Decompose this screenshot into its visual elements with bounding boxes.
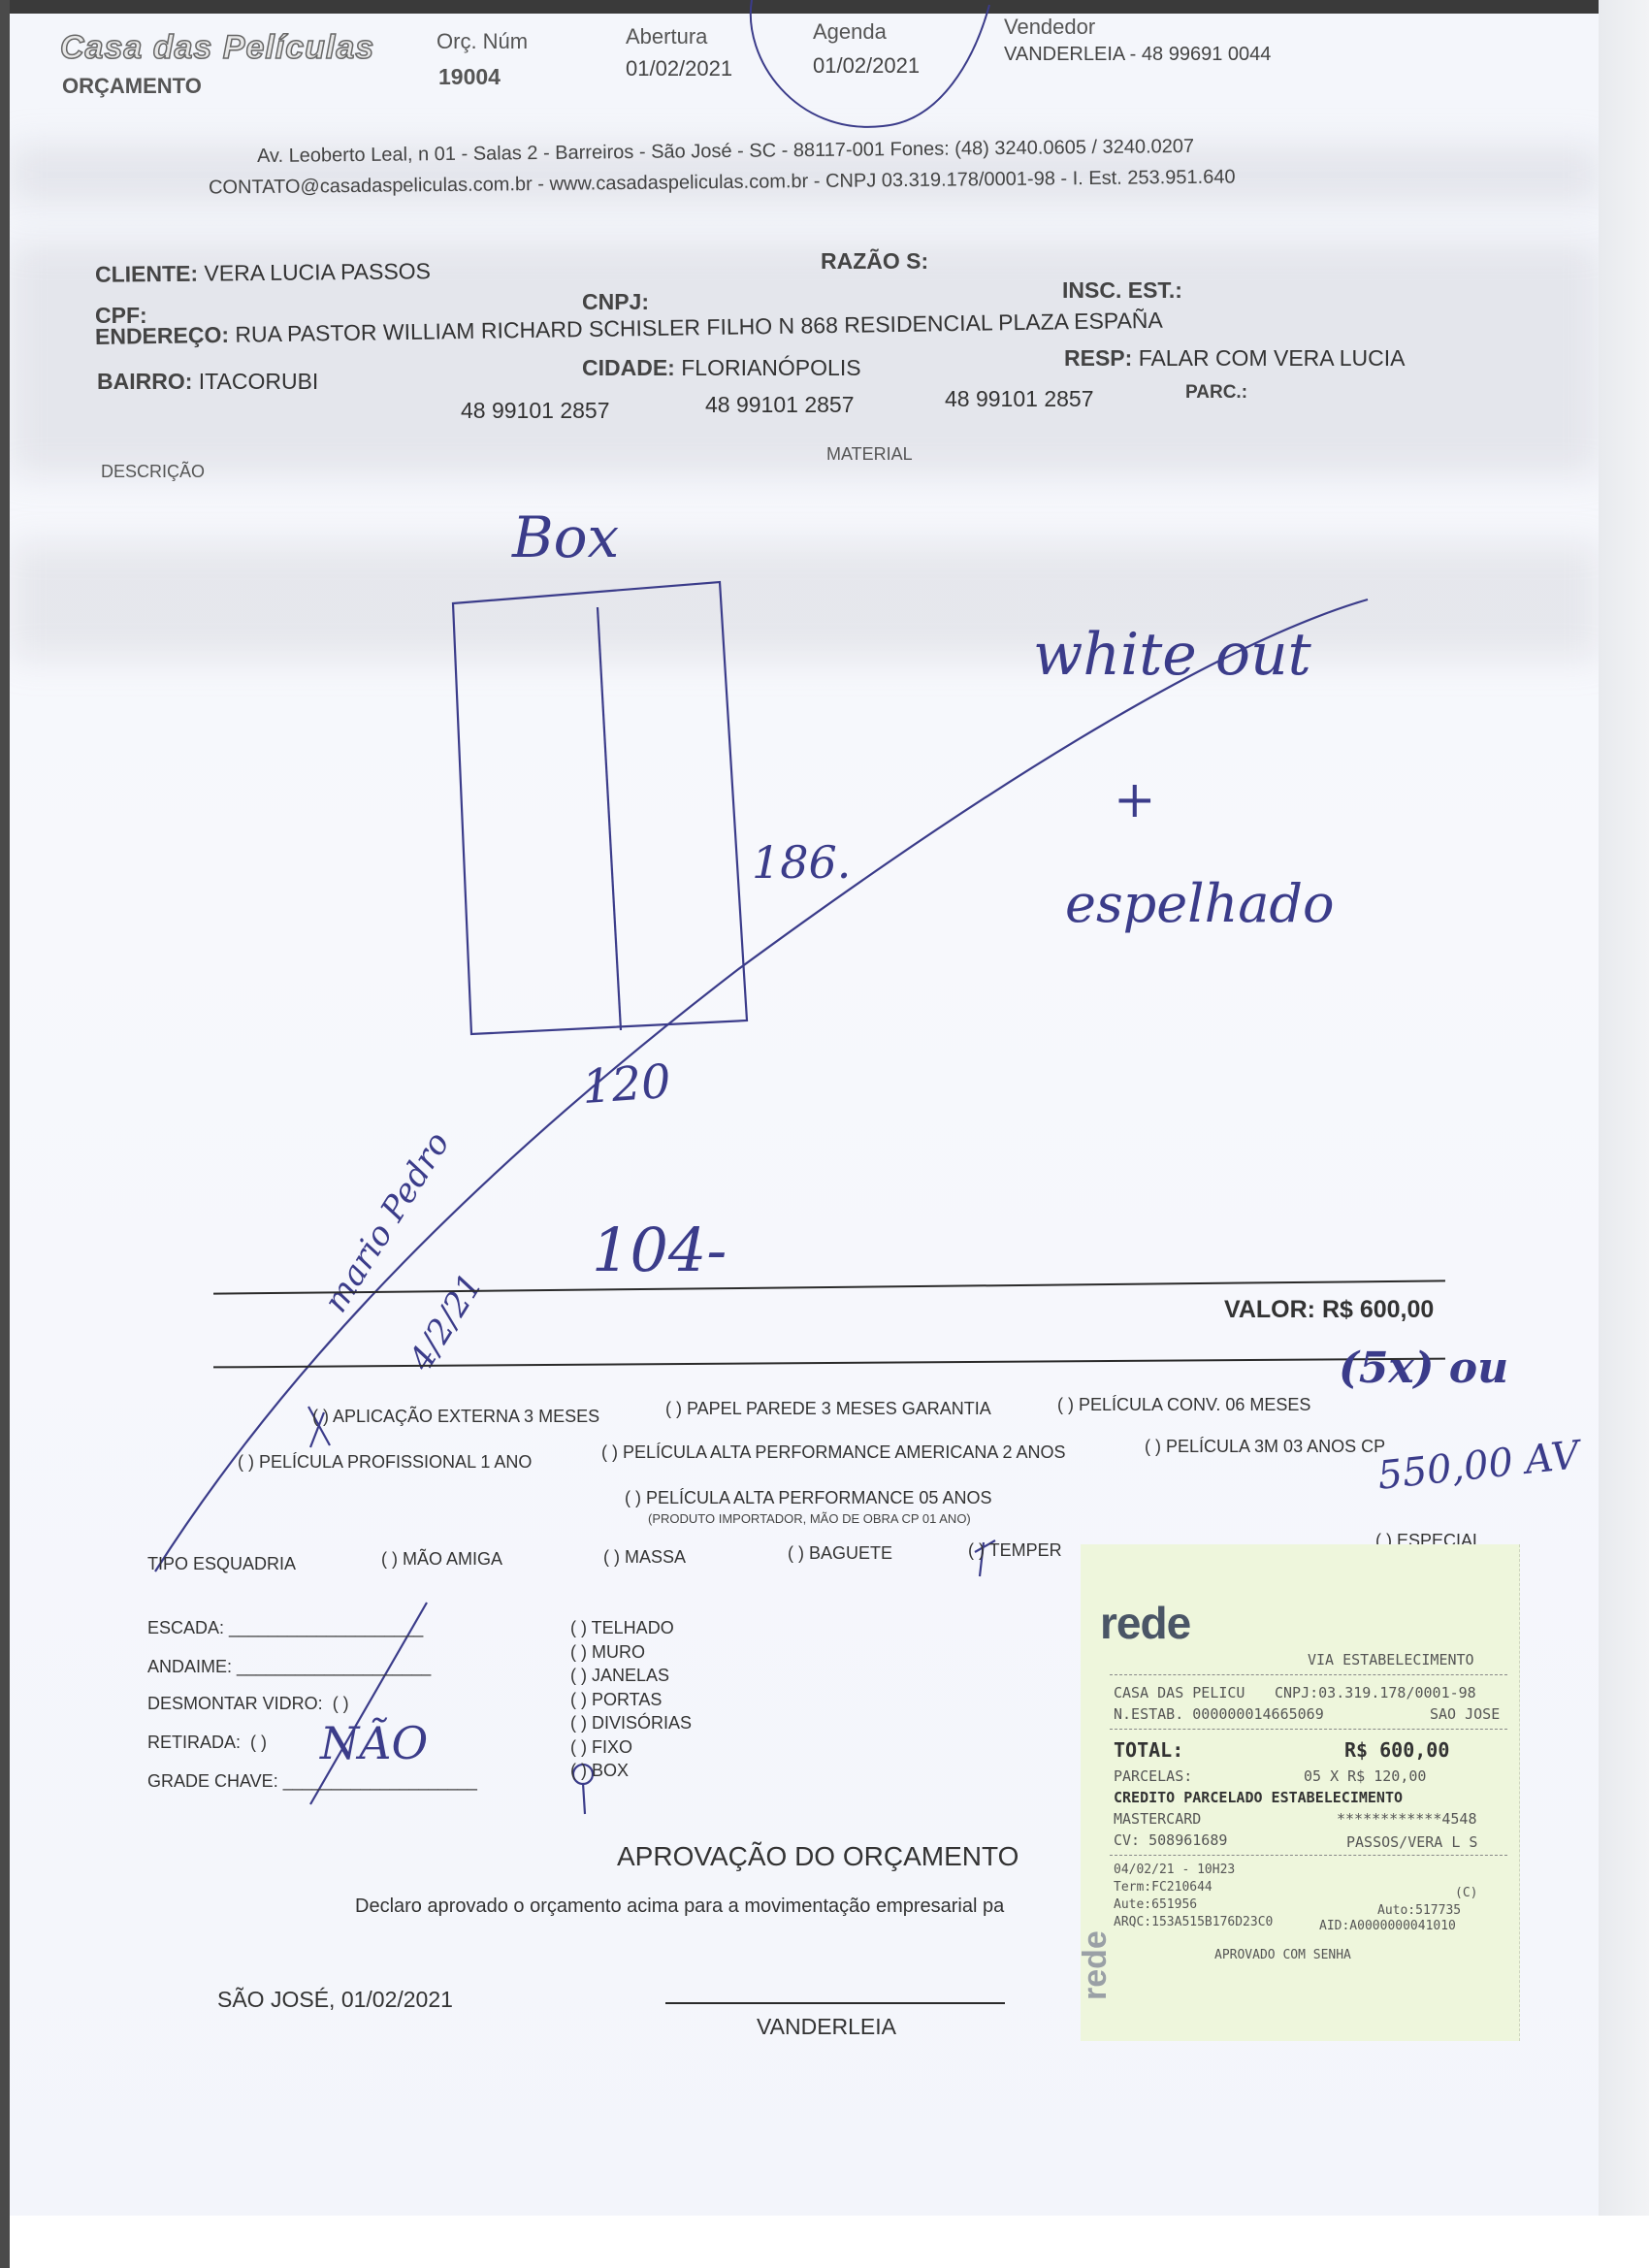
receipt-arqc: ARQC:153A515B176D23C0 [1114,1915,1273,1929]
option-papel-parede[interactable]: ( ) PAPEL PAREDE 3 MESES GARANTIA [665,1399,991,1419]
receipt-c-flag: (C) [1455,1886,1477,1900]
service-escada[interactable]: ESCADA: ____________________ [147,1618,423,1638]
esquadria-label: TIPO ESQUADRIA [147,1554,296,1574]
receipt-total-label: TOTAL: [1114,1738,1183,1762]
location-divisorias[interactable]: ( ) DIVISÓRIAS [570,1711,692,1735]
option-pelicula-profissional[interactable]: ( ) PELÍCULA PROFISSIONAL 1 ANO [238,1452,532,1473]
receipt-divider [1110,1674,1507,1675]
signature-line [665,2002,1005,2004]
rede-logo-vertical: rede [1077,1930,1115,2000]
receipt-merchant: CASA DAS PELICU [1114,1684,1245,1701]
receipt-cv: CV: 508961689 [1114,1831,1227,1849]
esquadria-temper[interactable]: ( ) TEMPER [968,1540,1062,1561]
service-desmontar[interactable]: DESMONTAR VIDRO: ( ) [147,1694,349,1714]
location-box[interactable]: ( ) BOX [570,1759,692,1783]
receipt-card: MASTERCARD [1114,1810,1201,1828]
handwritten-note-2: espelhado [1065,873,1335,934]
receipt-type: CREDITO PARCELADO ESTABELECIMENTO [1114,1789,1403,1806]
receipt-aute: Aute:651956 [1114,1897,1197,1912]
receipt-holder: PASSOS/VERA L S [1346,1833,1477,1851]
location-portas[interactable]: ( ) PORTAS [570,1688,692,1712]
receipt-estab: N.ESTAB. 000000014665069 [1114,1705,1324,1723]
receipt-auto: Auto:517735 [1377,1903,1461,1918]
option-pelicula-3m[interactable]: ( ) PELÍCULA 3M 03 ANOS CP [1145,1437,1385,1457]
location-janelas[interactable]: ( ) JANELAS [570,1664,692,1688]
approval-text: Declaro aprovado o orçamento acima para … [355,1895,1004,1918]
sketch-width: 120 [580,1054,672,1115]
esquadria-baguete[interactable]: ( ) BAGUETE [788,1543,892,1564]
service-andaime[interactable]: ANDAIME: ____________________ [147,1657,431,1677]
option-aplicacao-externa[interactable]: ( ) APLICAÇÃO EXTERNA 3 MESES [312,1407,599,1427]
handwritten-nao: NÃO [320,1717,428,1769]
option-pelicula-conv[interactable]: ( ) PELÍCULA CONV. 06 MESES [1057,1395,1310,1415]
receipt-divider [1110,1855,1507,1856]
location-fixo[interactable]: ( ) FIXO [570,1735,692,1760]
location-muro[interactable]: ( ) MURO [570,1640,692,1665]
receipt-via: VIA ESTABELECIMENTO [1308,1651,1474,1669]
sketch-title: Box [512,504,619,570]
receipt-city: SAO JOSE [1430,1705,1500,1723]
sketch-height: 186. [752,836,851,889]
handwritten-note-1: white out [1033,621,1311,689]
approval-title: APROVAÇÃO DO ORÇAMENTO [617,1841,1018,1872]
rede-logo: rede [1100,1597,1190,1649]
receipt-installments: 05 X R$ 120,00 [1304,1767,1426,1785]
option-alta-performance-05[interactable]: ( ) PELÍCULA ALTA PERFORMANCE 05 ANOS [625,1488,991,1508]
card-receipt: rede VIA ESTABELECIMENTO CASA DAS PELICU… [1081,1544,1520,2041]
esquadria-massa[interactable]: ( ) MASSA [603,1547,686,1568]
receipt-total: R$ 600,00 [1344,1738,1449,1762]
total-value: VALOR: R$ 600,00 [1224,1296,1434,1324]
esquadria-mao-amiga[interactable]: ( ) MÃO AMIGA [381,1549,502,1570]
receipt-installments-label: PARCELAS: [1114,1767,1192,1785]
approval-signer: VANDERLEIA [757,2014,896,2040]
approval-place-date: SÃO JOSÉ, 01/02/2021 [217,1987,453,2013]
handwritten-plus: + [1114,771,1156,829]
handwritten-price: 104- [592,1215,727,1285]
option-note: (PRODUTO IMPORTADOR, MÃO DE OBRA CP 01 A… [648,1511,971,1526]
option-alta-performance-americana[interactable]: ( ) PELÍCULA ALTA PERFORMANCE AMERICANA … [601,1442,1065,1463]
total-amount: R$ 600,00 [1322,1296,1434,1323]
receipt-aid: AID:A0000000041010 [1319,1919,1456,1933]
receipt-status: APROVADO COM SENHA [1214,1948,1351,1962]
receipt-card-number: ************4548 [1337,1810,1477,1828]
receipt-cnpj: CNPJ:03.319.178/0001-98 [1275,1684,1476,1701]
receipt-divider [1110,1729,1507,1730]
service-grade-chave[interactable]: GRADE CHAVE: ____________________ [147,1771,477,1792]
handwritten-installments: (5x) ou [1339,1344,1508,1393]
location-list: ( ) TELHADO ( ) MURO ( ) JANELAS ( ) POR… [570,1616,692,1783]
location-telhado[interactable]: ( ) TELHADO [570,1616,692,1640]
receipt-terminal: Term:FC210644 [1114,1880,1212,1895]
service-retirada[interactable]: RETIRADA: ( ) [147,1733,267,1753]
receipt-datetime: 04/02/21 - 10H23 [1114,1863,1235,1877]
